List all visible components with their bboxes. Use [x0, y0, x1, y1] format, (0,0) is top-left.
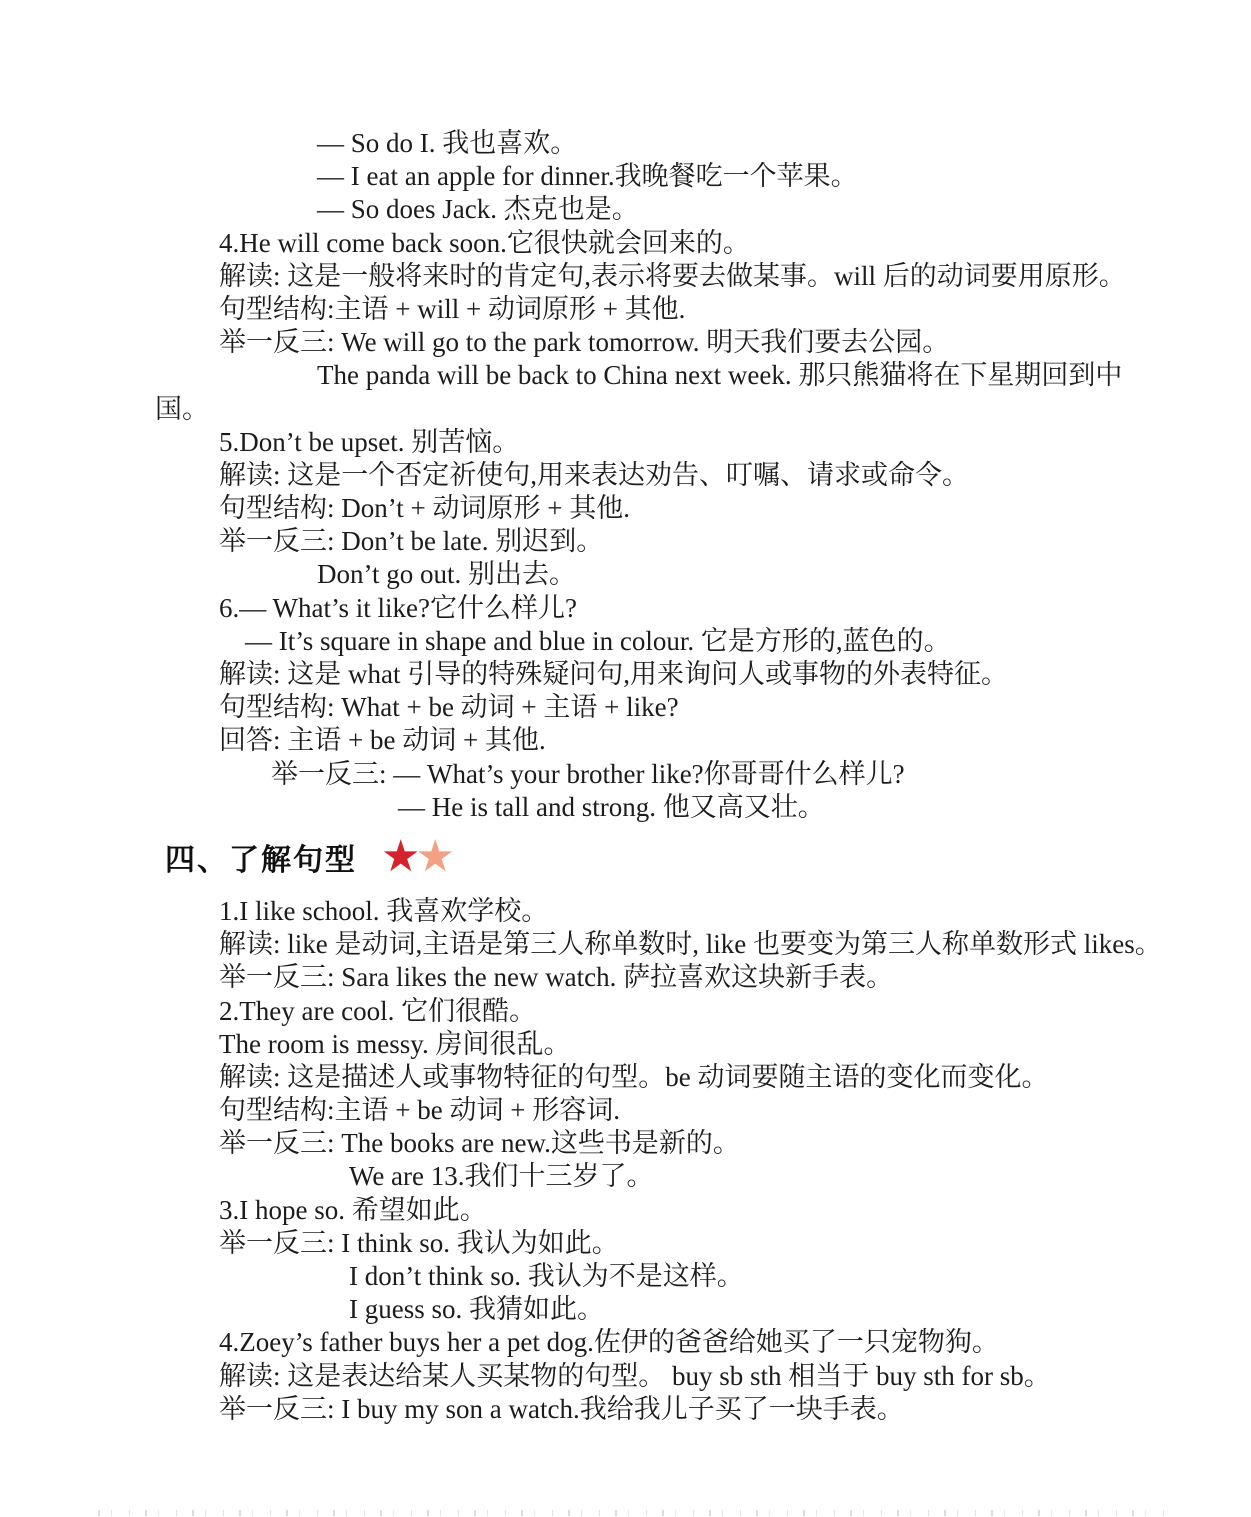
text-line: The room is messy. 房间很乱。 [219, 1028, 1225, 1061]
text-line: 举一反三: The books are new.这些书是新的。 [219, 1127, 1225, 1160]
text-line: We are 13.我们十三岁了。 [349, 1160, 1225, 1193]
text-line: 3.I hope so. 希望如此。 [219, 1194, 1225, 1227]
text-line: 4.Zoey’s father buys her a pet dog.佐伊的爸爸… [219, 1326, 1225, 1359]
text-line: I don’t think so. 我认为不是这样。 [349, 1260, 1225, 1293]
section-heading-title: 四、了解句型 [165, 835, 357, 879]
document-content: — So do I. 我也喜欢。— I eat an apple for din… [155, 127, 1225, 1426]
text-line: 回答: 主语 + be 动词 + 其他. [219, 724, 1225, 757]
text-line: 句型结构: What + be 动词 + 主语 + like? [219, 691, 1225, 724]
text-line: 句型结构:主语 + be 动词 + 形容词. [219, 1094, 1225, 1127]
text-line: — So does Jack. 杰克也是。 [317, 193, 1225, 226]
text-line: 1.I like school. 我喜欢学校。 [219, 895, 1225, 928]
text-line: 6.— What’s it like?它什么样儿? [219, 592, 1225, 625]
section-heading: 四、了解句型 ★★ [165, 834, 1225, 880]
text-line: 举一反三: Don’t be late. 别迟到。 [219, 525, 1225, 558]
text-line: 解读: 这是一个否定祈使句,用来表达劝告、叮嘱、请求或命令。 [219, 459, 1225, 492]
text-line: — I eat an apple for dinner.我晚餐吃一个苹果。 [317, 160, 1225, 193]
rating-stars: ★★ [381, 835, 455, 879]
section-lines-top: — So do I. 我也喜欢。— I eat an apple for din… [155, 127, 1225, 824]
text-line: — So do I. 我也喜欢。 [317, 127, 1225, 160]
text-line: 句型结构:主语 + will + 动词原形 + 其他. [219, 293, 1225, 326]
text-line: 举一反三: — What’s your brother like?你哥哥什么样儿… [271, 758, 1225, 791]
text-line: I guess so. 我猜如此。 [349, 1293, 1225, 1326]
text-line: 解读: 这是描述人或事物特征的句型。be 动词要随主语的变化而变化。 [219, 1061, 1225, 1094]
star-icon: ★ [415, 835, 454, 879]
text-line: 解读: like 是动词,主语是第三人称单数时, like 也要变为第三人称单数… [219, 928, 1225, 961]
text-line: 句型结构: Don’t + 动词原形 + 其他. [219, 492, 1225, 525]
text-line: 解读: 这是表达给某人买某物的句型。 buy sb sth 相当于 buy st… [219, 1360, 1225, 1393]
text-line: 解读: 这是 what 引导的特殊疑问句,用来询问人或事物的外表特征。 [219, 658, 1225, 691]
text-line: 解读: 这是一般将来时的肯定句,表示将要去做某事。will 后的动词要用原形。 [219, 260, 1225, 293]
text-line: 5.Don’t be upset. 别苦恼。 [219, 426, 1225, 459]
text-line: — He is tall and strong. 他又高又壮。 [398, 791, 1225, 824]
text-line: 举一反三: We will go to the park tomorrow. 明… [219, 326, 1225, 359]
cut-off-text-line [98, 1510, 1166, 1516]
section-lines-bottom: 1.I like school. 我喜欢学校。解读: like 是动词,主语是第… [155, 895, 1225, 1426]
text-line: The panda will be back to China next wee… [317, 359, 1225, 392]
text-line: 国。 [155, 393, 1225, 426]
text-line: 举一反三: I buy my son a watch.我给我儿子买了一块手表。 [219, 1393, 1225, 1426]
text-line: 2.They are cool. 它们很酷。 [219, 995, 1225, 1028]
document-page: — So do I. 我也喜欢。— I eat an apple for din… [0, 0, 1251, 1517]
text-line: 举一反三: I think so. 我认为如此。 [219, 1227, 1225, 1260]
text-line: 4.He will come back soon.它很快就会回来的。 [219, 227, 1225, 260]
text-line: 举一反三: Sara likes the new watch. 萨拉喜欢这块新手… [219, 961, 1225, 994]
text-line: Don’t go out. 别出去。 [317, 558, 1225, 591]
text-line: — It’s square in shape and blue in colou… [245, 625, 1225, 658]
